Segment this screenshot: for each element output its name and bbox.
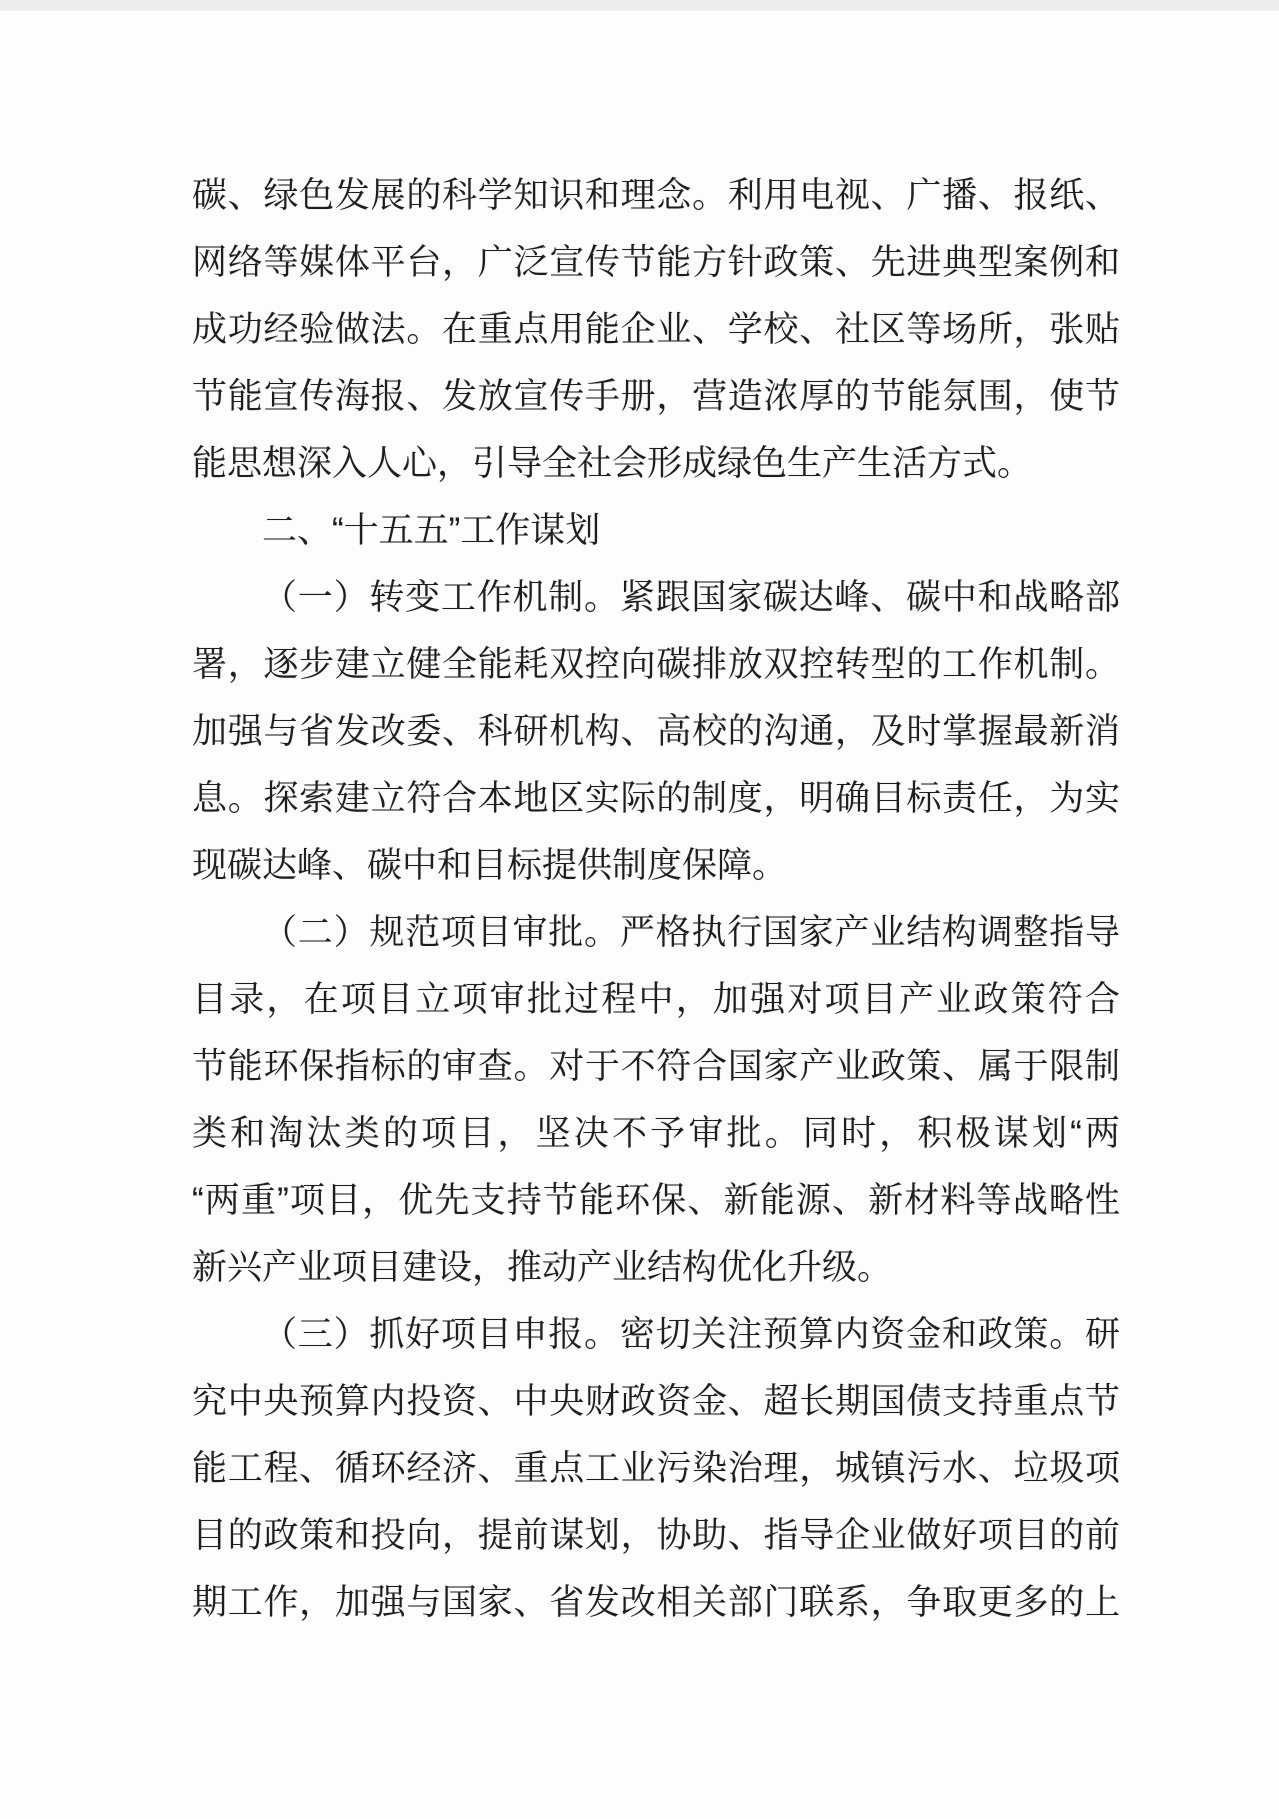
text-line: 成功经验做法。在重点用能企业、学校、社区等场所，张贴 (192, 296, 1120, 363)
text-line: 署，逐步建立健全能耗双控向碳排放双控转型的工作机制。 (192, 631, 1120, 698)
text-line: 新兴产业项目建设，推动产业结构优化升级。 (192, 1234, 1120, 1301)
text-line: 节能环保指标的审查。对于不符合国家产业政策、属于限制 (192, 1033, 1120, 1100)
text-line: 息。探索建立符合本地区实际的制度，明确目标责任，为实 (192, 765, 1120, 832)
text-line: “两重”项目，优先支持节能环保、新能源、新材料等战略性 (192, 1167, 1120, 1234)
text-line: 节能宣传海报、发放宣传手册，营造浓厚的节能氛围，使节 (192, 363, 1120, 430)
text-line: 期工作，加强与国家、省发改相关部门联系，争取更多的上 (192, 1569, 1120, 1636)
document-text: 碳、绿色发展的科学知识和理念。利用电视、广播、报纸、 网络等媒体平台，广泛宣传节… (192, 162, 1120, 1636)
text-line: 能工程、循环经济、重点工业污染治理，城镇污水、垃圾项 (192, 1435, 1120, 1502)
text-line: 碳、绿色发展的科学知识和理念。利用电视、广播、报纸、 (192, 162, 1120, 229)
text-line: （一）转变工作机制。紧跟国家碳达峰、碳中和战略部 (192, 564, 1120, 631)
text-line: 类和淘汰类的项目，坚决不予审批。同时，积极谋划“两新”、 (192, 1100, 1120, 1167)
text-line: 究中央预算内投资、中央财政资金、超长期国债支持重点节 (192, 1368, 1120, 1435)
text-line: （三）抓好项目申报。密切关注预算内资金和政策。研 (192, 1301, 1120, 1368)
text-line: 目录，在项目立项审批过程中，加强对项目产业政策符合性、 (192, 966, 1120, 1033)
text-line: 加强与省发改委、科研机构、高校的沟通，及时掌握最新消 (192, 698, 1120, 765)
text-line: （二）规范项目审批。严格执行国家产业结构调整指导 (192, 899, 1120, 966)
text-line: 现碳达峰、碳中和目标提供制度保障。 (192, 832, 1120, 899)
text-line: 网络等媒体平台，广泛宣传节能方针政策、先进典型案例和 (192, 229, 1120, 296)
text-line: 能思想深入人心，引导全社会形成绿色生产生活方式。 (192, 430, 1120, 497)
text-line: 目的政策和投向，提前谋划，协助、指导企业做好项目的前 (192, 1502, 1120, 1569)
section-heading: 二、“十五五”工作谋划 (192, 497, 1120, 564)
page-top-edge (0, 0, 1279, 11)
